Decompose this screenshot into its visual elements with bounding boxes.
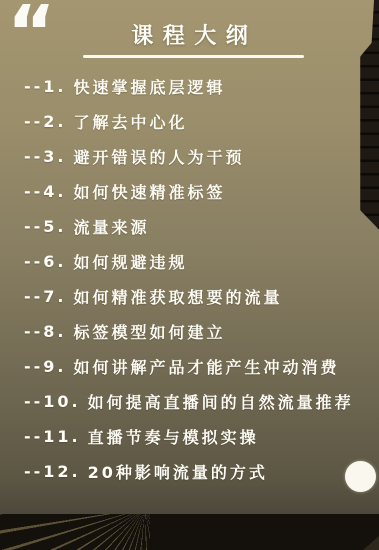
item-text: 如何讲解产品才能产生冲动消费 <box>74 355 340 378</box>
outline-item: --1. 快速掌握底层逻辑 <box>24 69 379 104</box>
outline-item: --10. 如何提高直播间的自然流量推荐 <box>24 384 379 419</box>
outline-item: --12. 20种影响流量的方式 <box>24 454 379 489</box>
item-number: --3. <box>24 147 67 166</box>
item-text: 直播节奏与模拟实操 <box>88 425 259 448</box>
item-number: --10. <box>24 392 81 411</box>
bottom-silhouette <box>0 514 379 550</box>
item-text: 如何提高直播间的自然流量推荐 <box>88 390 354 413</box>
item-text: 流量来源 <box>74 215 150 238</box>
title-underline <box>83 55 304 58</box>
item-text: 如何规避违规 <box>74 250 188 273</box>
silhouette-corner <box>363 536 379 550</box>
item-number: --4. <box>24 182 67 201</box>
outline-item: --2. 了解去中心化 <box>24 104 379 139</box>
outline-item: --9. 如何讲解产品才能产生冲动消费 <box>24 349 379 384</box>
outline-item: --6. 如何规避违规 <box>24 244 379 279</box>
item-number: --6. <box>24 252 67 271</box>
outline-item: --3. 避开错误的人为干预 <box>24 139 379 174</box>
item-number: --11. <box>24 427 81 446</box>
outline-item: --5. 流量来源 <box>24 209 379 244</box>
item-number: --1. <box>24 77 67 96</box>
page-title: 课程大纲 <box>0 19 379 50</box>
item-number: --12. <box>24 462 81 481</box>
item-text: 如何精准获取想要的流量 <box>74 285 283 308</box>
circle-ornament <box>345 461 376 492</box>
silhouette-rays <box>0 514 150 550</box>
item-text: 了解去中心化 <box>74 110 188 133</box>
item-number: --7. <box>24 287 67 306</box>
outline-item: --11. 直播节奏与模拟实操 <box>24 419 379 454</box>
course-outline-poster: “ 课程大纲 --1. 快速掌握底层逻辑 --2. 了解去中心化 --3. 避开… <box>0 0 379 550</box>
outline-item: --7. 如何精准获取想要的流量 <box>24 279 379 314</box>
item-text: 避开错误的人为干预 <box>74 145 245 168</box>
item-number: --9. <box>24 357 67 376</box>
item-number: --5. <box>24 217 67 236</box>
outline-item: --8. 标签模型如何建立 <box>24 314 379 349</box>
outline-list: --1. 快速掌握底层逻辑 --2. 了解去中心化 --3. 避开错误的人为干预… <box>24 69 379 489</box>
item-text: 如何快速精准标签 <box>74 180 226 203</box>
outline-item: --4. 如何快速精准标签 <box>24 174 379 209</box>
item-number: --2. <box>24 112 67 131</box>
item-text: 20种影响流量的方式 <box>88 460 268 483</box>
item-number: --8. <box>24 322 67 341</box>
item-text: 快速掌握底层逻辑 <box>74 75 226 98</box>
item-text: 标签模型如何建立 <box>74 320 226 343</box>
